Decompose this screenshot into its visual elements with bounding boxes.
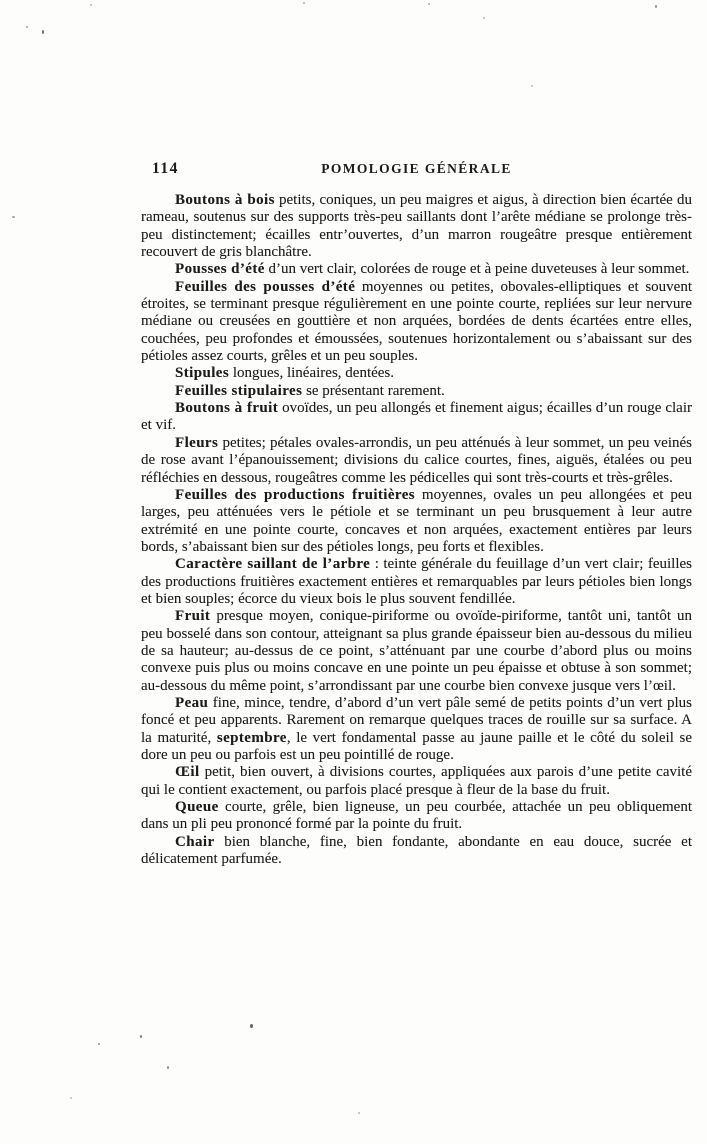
scan-speck bbox=[70, 1097, 72, 1099]
paragraph: Pousses d’été d’un vert clair, colorées … bbox=[141, 261, 692, 278]
paragraph-lead: Œil bbox=[175, 764, 200, 780]
paragraph: Queue courte, grêle, bien ligneuse, un p… bbox=[141, 799, 692, 834]
scan-speck bbox=[167, 1066, 169, 1069]
scan-speck bbox=[483, 17, 485, 19]
scan-speck bbox=[250, 1024, 253, 1028]
scan-speck bbox=[358, 1112, 360, 1114]
paragraph: Fleurs petites; pétales ovales-arrondis,… bbox=[141, 435, 692, 487]
running-title: POMOLOGIE GÉNÉRALE bbox=[141, 159, 692, 177]
paragraph-lead: Feuilles des pousses d’été bbox=[175, 279, 355, 295]
paragraph-lead: Fruit bbox=[175, 608, 210, 624]
paragraph: Feuilles stipulaires se présentant rarem… bbox=[141, 383, 692, 400]
body-text: Boutons à bois petits, coniques, un peu … bbox=[141, 192, 692, 868]
paragraph-lead: Boutons à bois bbox=[175, 192, 275, 208]
running-header: 114 POMOLOGIE GÉNÉRALE bbox=[141, 159, 692, 183]
paragraph: Stipules longues, linéaires, dentées. bbox=[141, 365, 692, 382]
paragraph-text: petites; pétales ovales-arrondis, un peu… bbox=[141, 435, 692, 486]
paragraph-text: se présentant rarement. bbox=[302, 383, 444, 399]
paragraph-lead: Stipules bbox=[175, 365, 229, 381]
scan-speck bbox=[428, 3, 430, 5]
paragraph: Feuilles des pousses d’été moyennes ou p… bbox=[141, 279, 692, 366]
paragraph-lead: Feuilles des productions fruitières bbox=[175, 487, 415, 503]
scan-speck bbox=[655, 5, 657, 8]
paragraph-lead: Fleurs bbox=[175, 435, 218, 451]
paragraph-text: longues, linéaires, dentées. bbox=[229, 365, 394, 381]
paragraph-lead: Queue bbox=[175, 799, 219, 815]
inline-bold-term: septembre bbox=[217, 730, 287, 746]
paragraph: Chair bien blanche, fine, bien fondante,… bbox=[141, 834, 692, 869]
scan-speck bbox=[12, 216, 15, 218]
scan-speck bbox=[303, 2, 305, 4]
paragraph: Peau fine, mince, tendre, d’abord d’un v… bbox=[141, 695, 692, 764]
paragraph-text: presque moyen, conique-piriforme ou ovoï… bbox=[141, 608, 692, 693]
paragraph: Caractère saillant de l’arbre : teinte g… bbox=[141, 556, 692, 608]
text-block: 114 POMOLOGIE GÉNÉRALE Boutons à bois pe… bbox=[141, 159, 692, 868]
paragraph-text: petit, bien ouvert, à divisions courtes,… bbox=[141, 764, 692, 797]
paragraph-lead: Peau bbox=[175, 695, 208, 711]
paragraph-lead: Pousses d’été bbox=[175, 261, 265, 277]
scan-speck bbox=[42, 30, 44, 34]
scan-speck bbox=[531, 85, 533, 87]
paragraph: Fruit presque moyen, conique-piriforme o… bbox=[141, 608, 692, 695]
paragraph-lead: Feuilles stipulaires bbox=[175, 383, 302, 399]
paragraph-text: courte, grêle, bien ligneuse, un peu cou… bbox=[141, 799, 692, 832]
scan-speck bbox=[98, 1043, 100, 1045]
paragraph-lead: Caractère saillant de l’arbre bbox=[175, 556, 370, 572]
paragraph: Œil petit, bien ouvert, à divisions cour… bbox=[141, 764, 692, 799]
page-number: 114 bbox=[152, 160, 179, 178]
paragraph-text: d’un vert clair, colorées de rouge et à … bbox=[265, 261, 690, 277]
paragraph-text: bien blanche, fine, bien fondante, abond… bbox=[141, 834, 692, 867]
paragraph: Boutons à bois petits, coniques, un peu … bbox=[141, 192, 692, 261]
paragraph: Boutons à fruit ovoïdes, un peu allongés… bbox=[141, 400, 692, 435]
scan-speck bbox=[26, 26, 28, 28]
scan-speck bbox=[140, 1035, 142, 1038]
paragraph-lead: Boutons à fruit bbox=[175, 400, 278, 416]
scan-speck bbox=[90, 4, 92, 6]
paragraph: Feuilles des productions fruitières moye… bbox=[141, 487, 692, 556]
book-page: 114 POMOLOGIE GÉNÉRALE Boutons à bois pe… bbox=[0, 0, 707, 1144]
paragraph-lead: Chair bbox=[175, 834, 215, 850]
